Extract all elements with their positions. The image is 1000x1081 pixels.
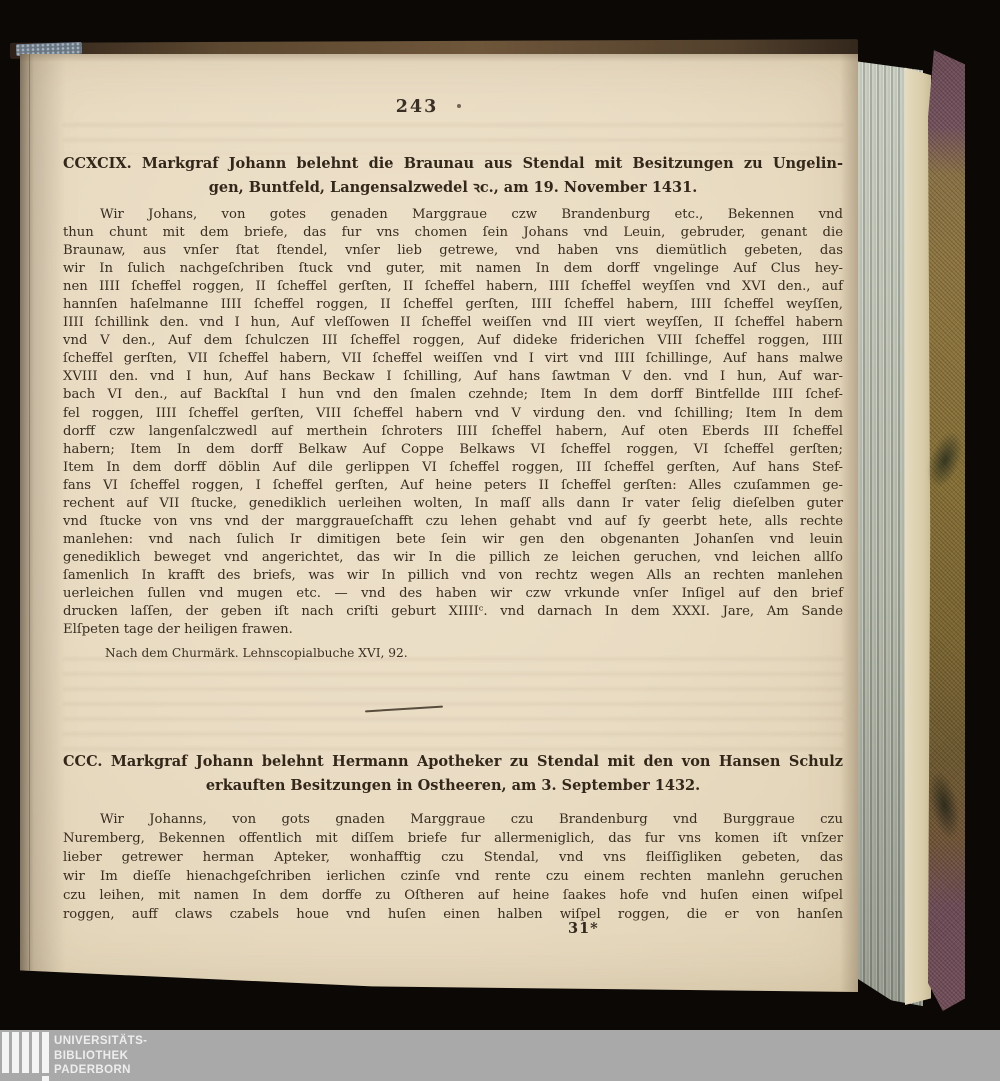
text-line: bach VI den., auf Backſtal I hun vnd den… (63, 386, 843, 404)
charter-ccxcix-heading: CCXCIX. Markgraf Johann belehnt die Brau… (63, 152, 843, 200)
ink-showthrough (63, 646, 843, 756)
heading-line: CCXCIX. Markgraf Johann belehnt die Brau… (63, 152, 843, 176)
gutter-shadow (20, 54, 66, 992)
text-line: XVIII den. vnd I hun, Auf hans Beckaw I … (63, 368, 843, 386)
printer-signature-mark: 31* (568, 920, 638, 937)
logo-bar (32, 1032, 39, 1073)
logo-bar (42, 1032, 49, 1073)
text-line: hannſen haſelmanne IIII ſcheffel roggen,… (63, 296, 843, 314)
text-line: genediklich beweget vnd angerichtet, das… (63, 549, 843, 567)
text-line: thun chunt mit dem briefe, das fur vns c… (63, 224, 843, 242)
charter-ccxcix-body: Wir Johans, von gotes genaden Marggraue … (63, 206, 843, 639)
text-line: habern; Item In dem dorff Belkaw Auf Cop… (63, 441, 843, 459)
text-line: vnd V den., Auf dem ſchulczen III ſcheff… (63, 332, 843, 350)
text-line: Braunaw, aus vnſer ſtat ſtendel, vnſer l… (63, 242, 843, 260)
heading-line: gen, Buntfeld, Langensalzwedel ꝛc., am 1… (63, 176, 843, 200)
library-name-line: UNIVERSITÄTS- (54, 1034, 274, 1049)
text-line: uerleichen ſullen vnd mugen etc. — vnd d… (63, 585, 843, 603)
text-line: drucken laſſen, der geben iſt nach criſt… (63, 603, 843, 621)
library-footer-bar: UNIVERSITÄTS- BIBLIOTHEK PADERBORN (0, 1030, 1000, 1081)
library-name-line: BIBLIOTHEK (54, 1049, 274, 1064)
text-line: fel roggen, IIII ſcheffel gerſten, VIII … (63, 405, 843, 423)
heading-line: CCC. Markgraf Johann belehnt Hermann Apo… (63, 750, 843, 774)
page-top-shadow (20, 54, 858, 62)
ink-showthrough (63, 112, 843, 154)
text-line: rechent auf VII ſtucke, genediklich uerl… (63, 495, 843, 513)
text-line: Elſpeten tage der heiligen frawen. (63, 621, 843, 639)
logo-dot (42, 1076, 49, 1081)
text-line: nen IIII ſcheffel roggen, II ſcheffel ge… (63, 278, 843, 296)
logo-bar (22, 1032, 29, 1073)
library-name: UNIVERSITÄTS- BIBLIOTHEK PADERBORN (54, 1034, 274, 1078)
text-line: ſcheffel gerſten, VII ſcheffel habern, V… (63, 350, 843, 368)
scanned-book-page-viewer: 243 CCXCIX. Markgraf Johann belehnt die … (0, 0, 1000, 1081)
source-note: Nach dem Churmärk. Lehnscopialbuche XVI,… (105, 646, 408, 660)
ub-paderborn-logo (2, 1032, 50, 1080)
text-line: dorff czw langenſalczwedl auf merthein ſ… (63, 423, 843, 441)
text-line: roggen, auff claws czabels houe vnd huſe… (63, 906, 843, 925)
charter-ccc-heading: CCC. Markgraf Johann belehnt Hermann Apo… (63, 750, 843, 798)
text-line: czu leihen, mit namen In dem dorffe zu O… (63, 887, 843, 906)
text-line: Wir Johans, von gotes genaden Marggraue … (63, 206, 843, 224)
book-page: 243 CCXCIX. Markgraf Johann belehnt die … (20, 54, 858, 992)
heading-line: erkauften Besitzungen in Ostheeren, am 3… (63, 774, 843, 798)
page-edge-band (905, 60, 931, 1006)
paper-speck (457, 104, 461, 108)
text-line: Item In dem dorff döblin Auf dile gerlip… (63, 459, 843, 477)
text-line: wir In ſulich nachgeſchriben ſtuck vnd g… (63, 260, 843, 278)
library-name-line: PADERBORN (54, 1063, 274, 1078)
text-line: vnd ſtucke von vns vnd der marggraueſcha… (63, 513, 843, 531)
marbled-book-cover (928, 50, 965, 1012)
text-line: lieber getrewer herman Apteker, wonhafft… (63, 849, 843, 868)
text-line: manlehen: vnd nach ſulich Ir dimitigen b… (63, 531, 843, 549)
logo-bar (12, 1032, 19, 1073)
page-crease (29, 54, 30, 992)
text-line: ſamenlich In krafft des briefs, was wir … (63, 567, 843, 585)
text-line: fans VI ſcheffel roggen, I ſcheffel gerſ… (63, 477, 843, 495)
logo-bar (2, 1032, 9, 1073)
text-line: Wir Johanns, von gots gnaden Marggraue c… (63, 811, 843, 830)
page-number: 243 (372, 97, 462, 117)
text-line: IIII ſchillink den. vnd I hun, Auf vleſſ… (63, 314, 843, 332)
text-line: Nuremberg, Bekennen offentlich mit diſſe… (63, 830, 843, 849)
text-line: wir Im dieſſe hienachgeſchriben ierliche… (63, 868, 843, 887)
charter-ccc-body: Wir Johanns, von gots gnaden Marggraue c… (63, 811, 843, 924)
